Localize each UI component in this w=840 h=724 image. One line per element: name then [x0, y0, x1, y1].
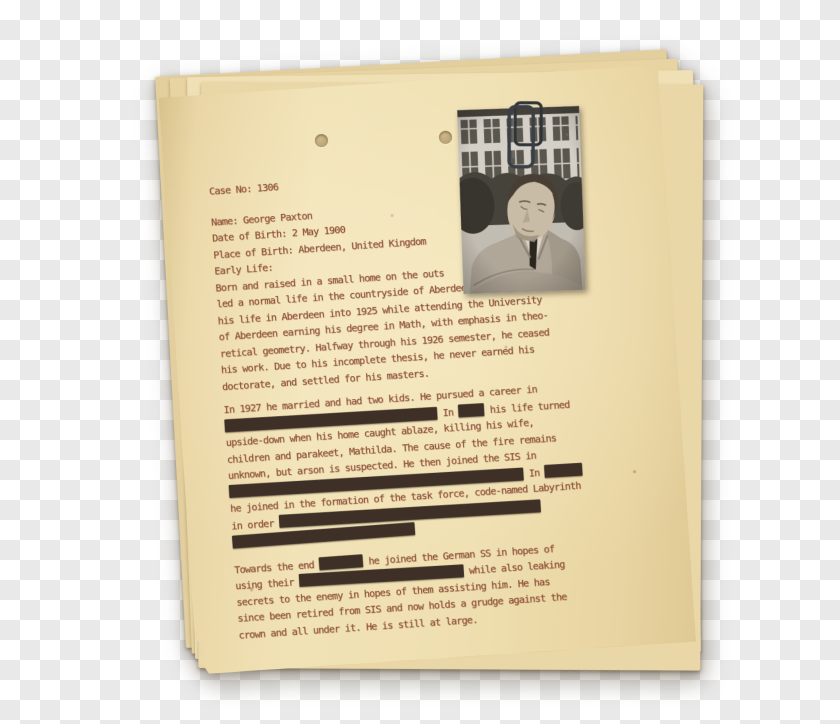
- punch-hole-right: [439, 130, 453, 144]
- typewritten-text: in order: [231, 518, 280, 532]
- paperclip-icon: [500, 100, 546, 174]
- typewritten-text: while also leaking: [463, 559, 565, 577]
- redaction-bar: [458, 403, 485, 418]
- case-file-stack: Case No: 1306Name: George PaxtonDate of …: [150, 55, 726, 706]
- typewritten-text: Early Life:: [214, 263, 273, 278]
- redaction-bar: [319, 554, 364, 570]
- typewritten-text: In: [437, 407, 459, 419]
- typewritten-text: In: [523, 467, 545, 479]
- typewritten-text: using their: [235, 577, 299, 592]
- redaction-bar: [544, 462, 583, 477]
- punch-hole-left: [315, 134, 329, 148]
- case-file-front-page: Case No: 1306Name: George PaxtonDate of …: [159, 65, 696, 675]
- paragraph-defection: Towards the end he joined the German SS …: [234, 537, 619, 645]
- transparency-canvas: { "palette":{ "checker_light":"#ffffff",…: [0, 0, 840, 724]
- typewritten-text: his life turned: [484, 399, 570, 416]
- paragraph-career: In 1927 he married and had two kids. He …: [223, 378, 612, 551]
- typewritten-text: Case No: 1306: [209, 182, 279, 198]
